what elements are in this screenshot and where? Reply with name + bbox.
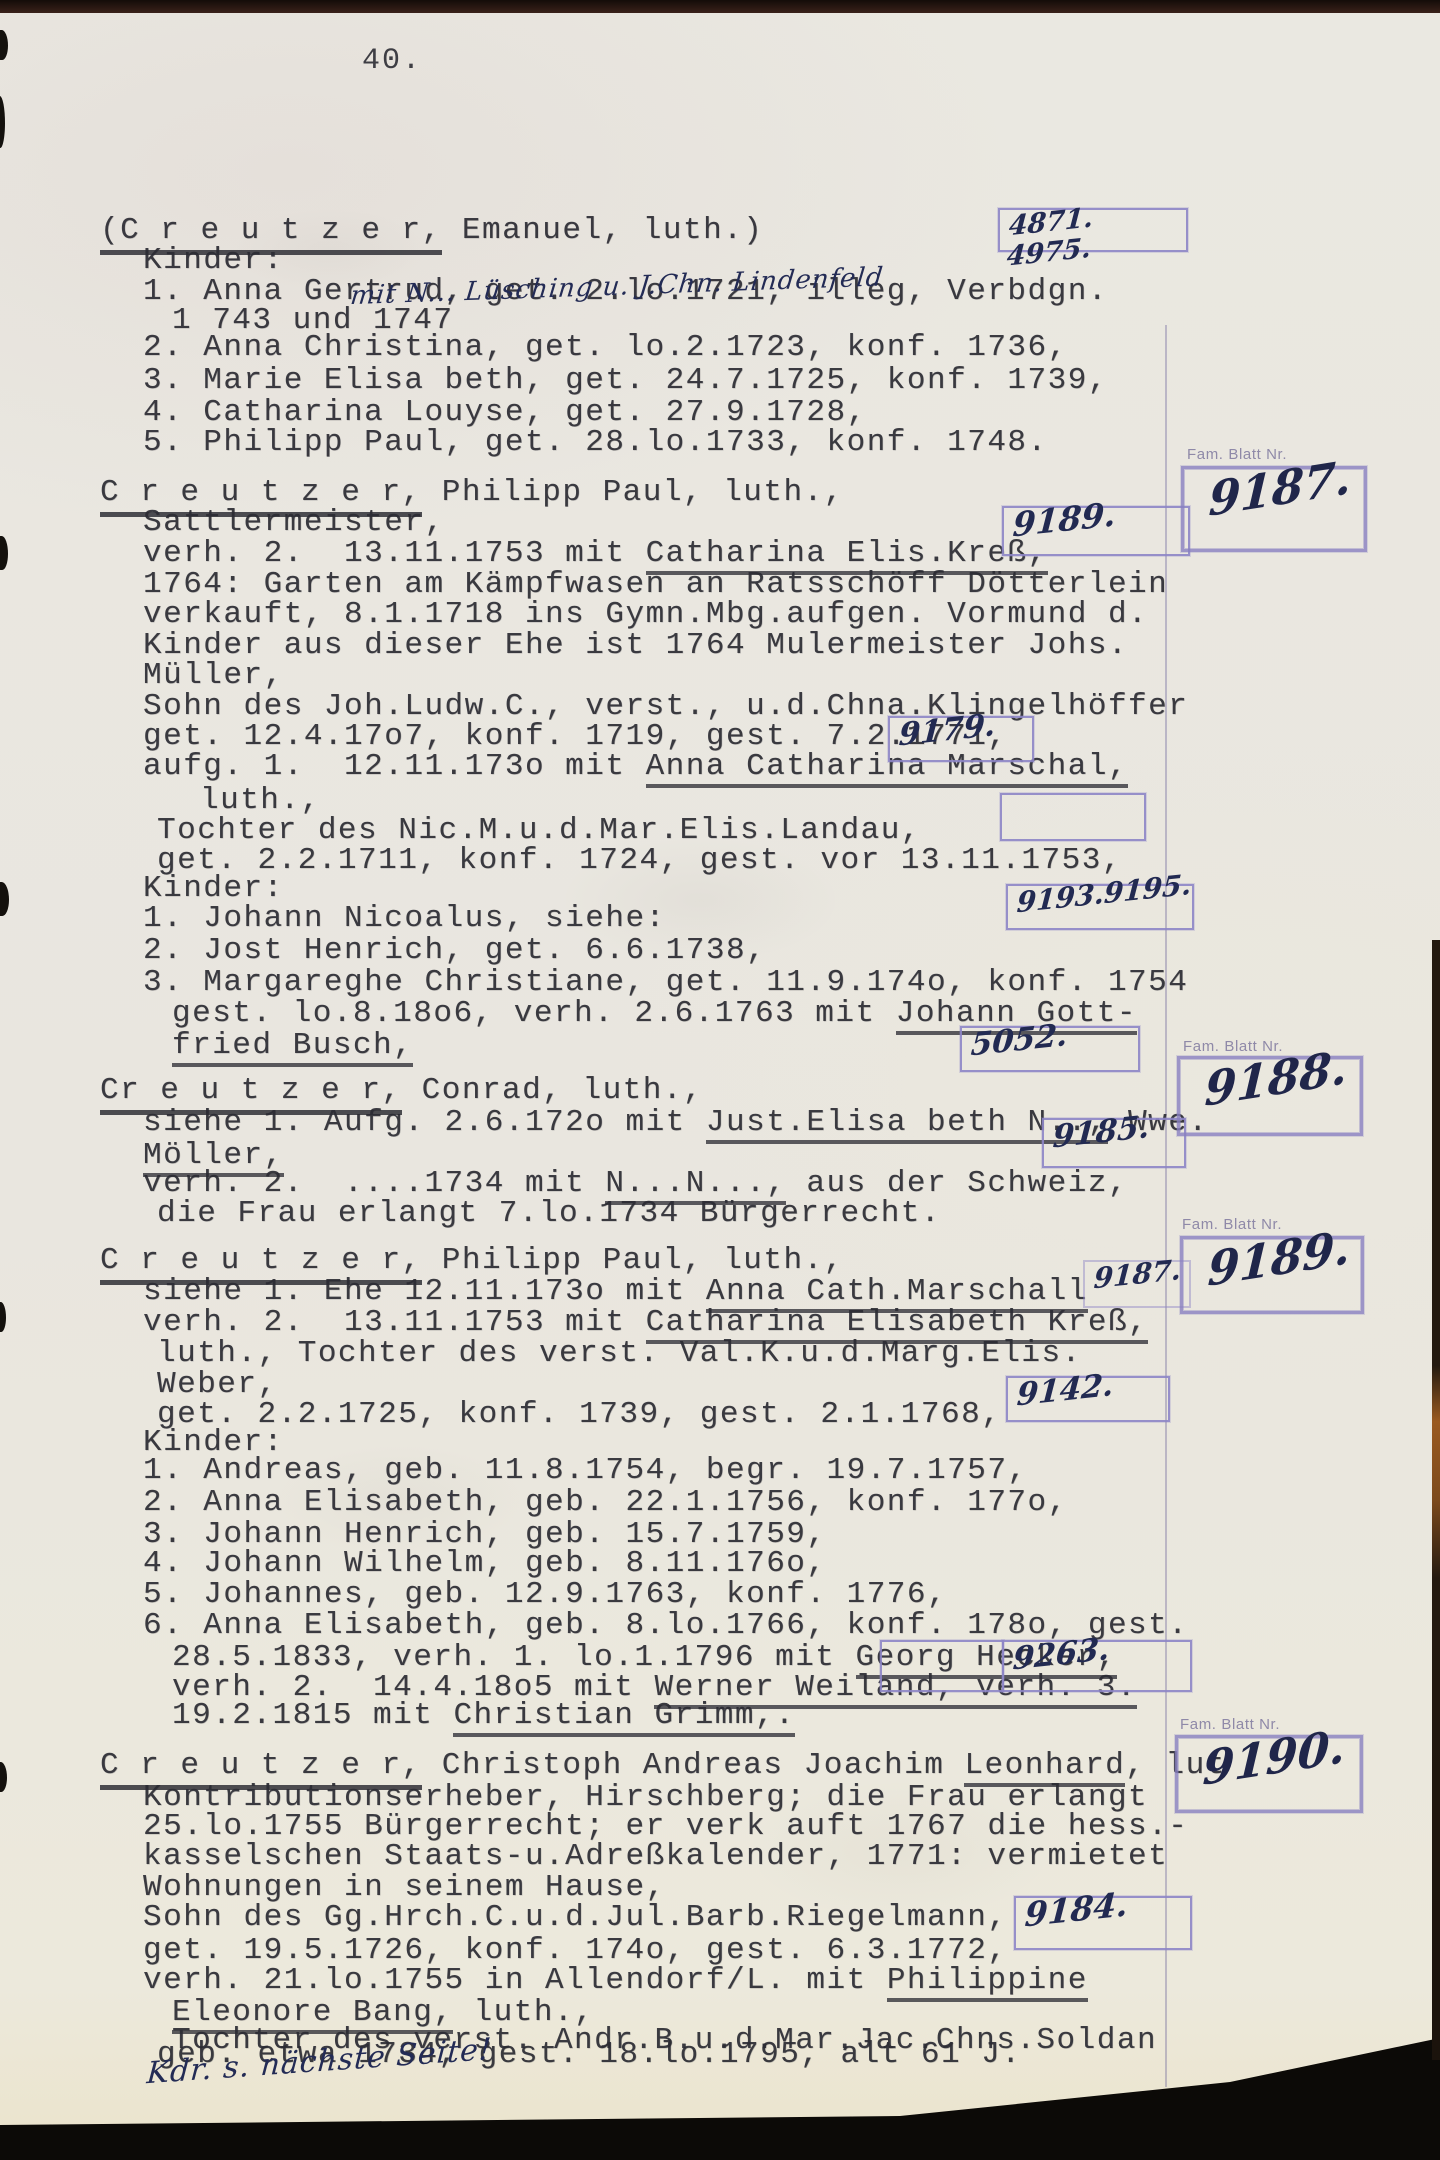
- fam-blatt-nr-box: 9190.: [1175, 1735, 1363, 1813]
- typed-text: Philipp Paul, luth.,: [422, 1243, 844, 1278]
- typed-text: 3. Marie Elisa beth, get. 24.7.1725, kon…: [143, 363, 1108, 398]
- fam-blatt-nr-label: Fam. Blatt Nr.: [1187, 446, 1287, 463]
- typed-text-line: fried Busch,: [172, 1031, 413, 1061]
- reference-number-box: 9179.: [888, 716, 1034, 762]
- typed-text-line: 4. Catharina Louyse, get. 27.9.1728,: [143, 398, 867, 428]
- typed-text-line: 3. Margareghe Christiane, get. 11.9.174o…: [143, 968, 1188, 998]
- typed-text-line: die Frau erlangt 7.lo.1734 Bürgerrecht.: [157, 1199, 941, 1229]
- typed-text-line: siehe 1. Ehe 12.11.173o mit Anna Cath.Ma…: [143, 1277, 1088, 1307]
- underlined-name: Philippine: [887, 1963, 1088, 2002]
- typed-text: aufg. 1. 12.11.173o mit: [143, 749, 646, 784]
- typed-text-line: 2. Anna Elisabeth, geb. 22.1.1756, konf.…: [143, 1488, 1068, 1518]
- typed-text-line: get. 19.5.1726, konf. 174o, gest. 6.3.17…: [143, 1936, 1007, 1966]
- reference-number-box: 9189.: [1002, 506, 1190, 556]
- handwritten-fam-blatt-number: 9187.: [1208, 455, 1362, 520]
- typed-text: 2. Anna Elisabeth, geb. 22.1.1756, konf.…: [143, 1485, 1068, 1520]
- typed-text: Kinder:: [143, 243, 284, 278]
- scanned-document-page: 40. (C r e u t z e r, Emanuel, luth.)Kin…: [0, 0, 1440, 2160]
- scan-edge-right: [1432, 940, 1440, 2060]
- handwritten-reference-number: 9187.: [1093, 1254, 1189, 1294]
- typed-text-line: luth., Tochter des verst. Val.K.u.d.Marg…: [157, 1339, 1082, 1369]
- typed-text-line: Sohn des Gg.Hrch.C.u.d.Jul.Barb.Riegelma…: [143, 1903, 1007, 1933]
- typed-text-line: verh. 2. 13.11.1753 mit Catharina Elisab…: [143, 1308, 1148, 1338]
- fam-blatt-nr-box: 9187.: [1181, 466, 1367, 552]
- typed-text-line: Weber,: [157, 1370, 278, 1400]
- typed-text-line: 1. Andreas, geb. 11.8.1754, begr. 19.7.1…: [143, 1456, 1028, 1486]
- reference-number-box: 9193.9195.: [1006, 884, 1194, 930]
- typed-text-line: 1764: Garten am Kämpfwasen an Ratsschöff…: [143, 570, 1168, 600]
- typed-text: 2. Jost Henrich, get. 6.6.1738,: [143, 933, 766, 968]
- typed-text: Philipp Paul, luth.,: [422, 475, 844, 510]
- typed-text-line: Wohnungen in seinem Hause,: [143, 1873, 666, 1903]
- handwritten-reference-number: 4871. 4975.: [1006, 194, 1185, 273]
- typed-text: gest. lo.8.18o6, verh. 2.6.1763 mit: [172, 996, 896, 1031]
- typed-text: Kinder aus dieser Ehe ist 1764 Mulermeis…: [143, 628, 1128, 663]
- underlined-name: Christian Grimm,.: [453, 1698, 795, 1737]
- typed-text: 19.2.1815 mit: [172, 1698, 453, 1733]
- fam-blatt-nr-label: Fam. Blatt Nr.: [1182, 1216, 1282, 1233]
- typed-text-line: Müller,: [143, 661, 284, 691]
- typed-text: get. 2.2.1711, konf. 1724, gest. vor 13.…: [157, 843, 1122, 878]
- typed-text-line: verh. 21.lo.1755 in Allendorf/L. mit Phi…: [143, 1966, 1088, 1996]
- typed-text: Conrad, luth.,: [402, 1073, 704, 1108]
- typed-text: siehe 1. Ehe 12.11.173o mit: [143, 1274, 706, 1309]
- reference-number-box: 4871. 4975.: [998, 208, 1188, 252]
- typed-text-line: C r e u t z e r, Philipp Paul, luth.,: [100, 1246, 844, 1276]
- typed-text-line: C r e u t z e r, Christoph Andreas Joach…: [100, 1751, 1226, 1781]
- typed-text: 1. Andreas, geb. 11.8.1754, begr. 19.7.1…: [143, 1453, 1028, 1488]
- typed-text: verkauft, 8.1.1718 ins Gymn.Mbg.aufgen. …: [143, 597, 1148, 632]
- typed-text-line: 2. Jost Henrich, get. 6.6.1738,: [143, 936, 766, 966]
- typed-text: 3. Margareghe Christiane, get. 11.9.174o…: [143, 965, 1188, 1000]
- typed-text-line: 19.2.1815 mit Christian Grimm,.: [172, 1701, 795, 1731]
- typed-text: Sohn des Gg.Hrch.C.u.d.Jul.Barb.Riegelma…: [143, 1900, 1007, 1935]
- fam-blatt-nr-box: 9189.: [1180, 1236, 1364, 1314]
- scan-artifact: [0, 1762, 7, 1792]
- typed-text-line: 4. Johann Wilhelm, geb. 8.11.176o,: [143, 1549, 827, 1579]
- scan-artifact: [0, 536, 8, 570]
- scan-artifact: [0, 882, 9, 916]
- scan-artifact: [0, 1302, 6, 1332]
- typed-text: 4. Johann Wilhelm, geb. 8.11.176o,: [143, 1546, 827, 1581]
- handwritten-fam-blatt-number: 9190.: [1202, 1724, 1358, 1789]
- handwritten-reference-number: 9142.: [1016, 1364, 1167, 1410]
- typed-text-line: Kinder:: [143, 246, 284, 276]
- empty-reference-box: [880, 1640, 1004, 1692]
- handwritten-fam-blatt-number: 9189.: [1207, 1225, 1359, 1290]
- typed-text: Christoph Andreas Joachim: [422, 1748, 965, 1783]
- reference-number-box: 9185.: [1042, 1118, 1186, 1168]
- typed-text: 1. Johann Nicoalus, siehe:: [143, 901, 666, 936]
- typed-text: die Frau erlangt 7.lo.1734 Bürgerrecht.: [157, 1196, 941, 1231]
- typed-text-line: Kinder aus dieser Ehe ist 1764 Mulermeis…: [143, 631, 1128, 661]
- typed-text: 2. Anna Christina, get. lo.2.1723, konf.…: [143, 330, 1068, 365]
- typed-text: 6. Anna Elisabeth, geb. 8.lo.1766, konf.…: [143, 1608, 1188, 1643]
- typed-text-line: Sattlermeister,: [143, 508, 445, 538]
- typed-text: verh. 2. 13.11.1753 mit: [143, 1305, 646, 1340]
- typed-text: 5. Johannes, geb. 12.9.1763, konf. 1776,: [143, 1577, 947, 1612]
- typed-text-line: 1. Johann Nicoalus, siehe:: [143, 904, 666, 934]
- scan-edge-top: [0, 0, 1440, 13]
- typed-text: Emanuel, luth.): [442, 213, 764, 248]
- typed-text: Sattlermeister,: [143, 505, 445, 540]
- empty-reference-box: [1000, 793, 1146, 841]
- typed-text-line: get. 2.2.1711, konf. 1724, gest. vor 13.…: [157, 846, 1122, 876]
- typed-text-line: kasselschen Staats-u.Adreßkalender, 1771…: [143, 1842, 1168, 1872]
- typed-text-line: 6. Anna Elisabeth, geb. 8.lo.1766, konf.…: [143, 1611, 1188, 1641]
- scan-artifact: [0, 30, 8, 60]
- typed-text-line: Tochter des Nic.M.u.d.Mar.Elis.Landau,: [157, 816, 921, 846]
- typed-text-line: verh. 2. ....1734 mit N...N..., aus der …: [143, 1169, 1128, 1199]
- typed-text-line: 25.lo.1755 Bürgerrecht; er verk auft 176…: [143, 1812, 1188, 1842]
- reference-number-box: 5052.: [960, 1026, 1140, 1072]
- typed-text-line: Kinder:: [143, 874, 284, 904]
- reference-number-box: 9142.: [1006, 1376, 1170, 1422]
- underlined-name: fried Busch,: [172, 1028, 413, 1067]
- typed-text-line: 3. Marie Elisa beth, get. 24.7.1725, kon…: [143, 366, 1108, 396]
- typed-text-line: luth.,: [200, 786, 321, 816]
- reference-number-box: 9187.: [1083, 1260, 1191, 1308]
- typed-text: siehe 1. Aufg. 2.6.172o mit: [143, 1105, 706, 1140]
- typed-text-line: 2. Anna Christina, get. lo.2.1723, konf.…: [143, 333, 1068, 363]
- typed-text-line: 5. Johannes, geb. 12.9.1763, konf. 1776,: [143, 1580, 947, 1610]
- typed-text: luth., Tochter des verst. Val.K.u.d.Marg…: [157, 1336, 1082, 1371]
- typed-text: kasselschen Staats-u.Adreßkalender, 1771…: [143, 1839, 1168, 1874]
- underlined-name: Anna Catharina Marschal,: [646, 749, 1128, 788]
- typed-text-line: C r e u t z e r, Philipp Paul, luth.,: [100, 478, 844, 508]
- reference-number-box: 9263.: [1002, 1640, 1192, 1692]
- page-number: 40.: [362, 44, 422, 78]
- typed-text: verh. 2. 13.11.1753 mit: [143, 536, 646, 571]
- handwritten-reference-number: 9189.: [1012, 492, 1187, 541]
- typed-text-line: verkauft, 8.1.1718 ins Gymn.Mbg.aufgen. …: [143, 600, 1148, 630]
- typed-text-line: get. 12.4.17o7, konf. 1719, gest. 7.2.17…: [143, 722, 1007, 752]
- typed-text: verh. 21.lo.1755 in Allendorf/L. mit: [143, 1963, 887, 1998]
- scan-artifact: [0, 96, 5, 148]
- typed-text: 5. Philipp Paul, get. 28.lo.1733, konf. …: [143, 425, 1048, 460]
- fam-blatt-nr-box: 9188.: [1177, 1056, 1363, 1136]
- typed-text-line: 5. Philipp Paul, get. 28.lo.1733, konf. …: [143, 428, 1048, 458]
- typed-text: Müller,: [143, 658, 284, 693]
- reference-number-box: 9184.: [1014, 1896, 1192, 1950]
- typed-text-line: verh. 2. 13.11.1753 mit Catharina Elis.K…: [143, 539, 1048, 569]
- typed-text-line: Cr e u t z e r, Conrad, luth.,: [100, 1076, 703, 1106]
- handwritten-reference-number: 9184.: [1024, 1883, 1189, 1931]
- typed-text-line: (C r e u t z e r, Emanuel, luth.): [100, 216, 763, 246]
